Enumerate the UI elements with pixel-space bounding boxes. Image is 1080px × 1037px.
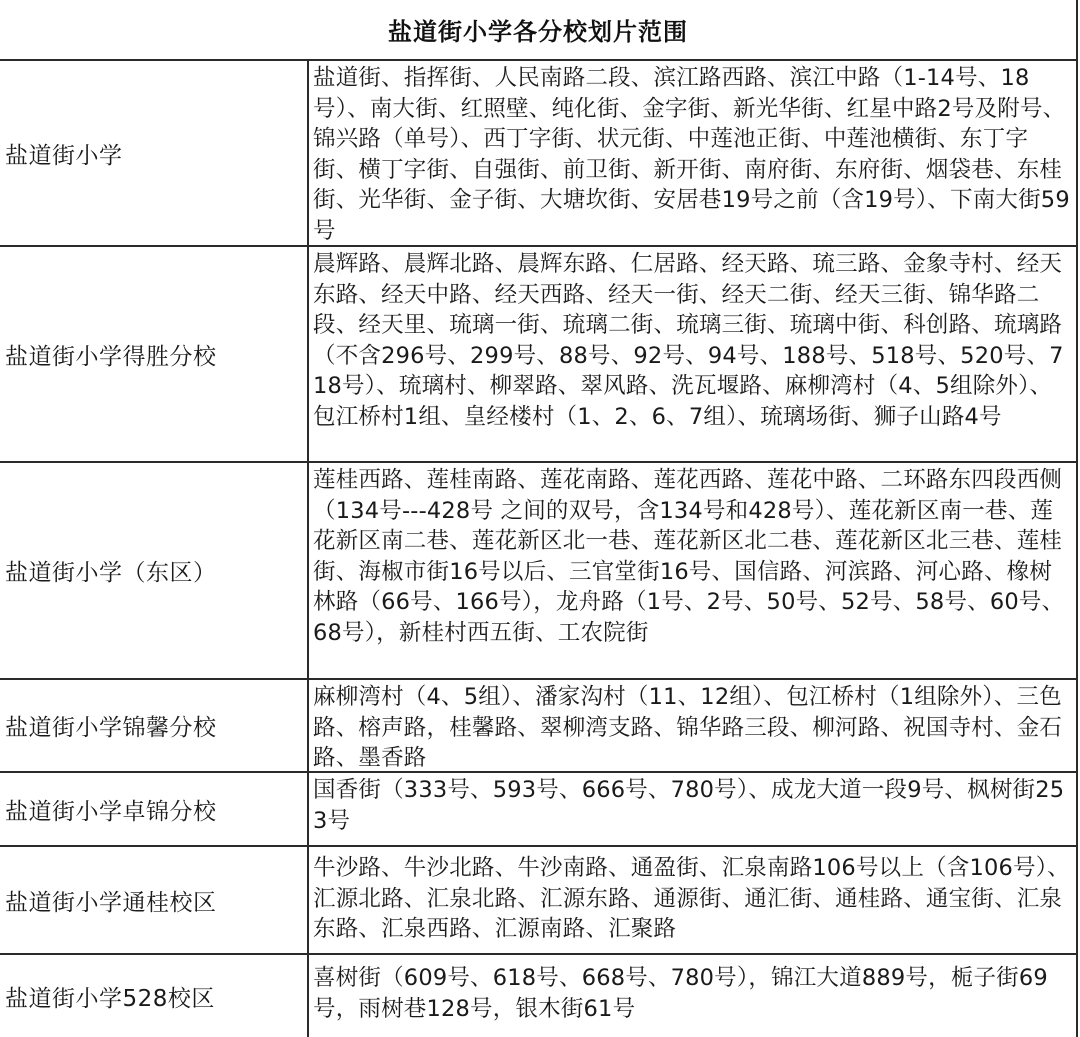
school-name-cell: 盐道街小学（东区） — [0, 463, 309, 678]
table-row: 盐道街小学得胜分校 晨辉路、晨辉北路、晨辉东路、仁居路、经天路、琉三路、金象寺村… — [0, 247, 1078, 463]
school-name-cell: 盐道街小学卓锦分校 — [0, 773, 309, 845]
table-row: 盐道街小学通桂校区 牛沙路、牛沙北路、牛沙南路、通盈街、汇泉南路106号以上（含… — [0, 847, 1078, 955]
table-row: 盐道街小学卓锦分校 国香街（333号、593号、666号、780号）、成龙大道一… — [0, 773, 1078, 847]
district-range-cell: 莲桂西路、莲桂南路、莲花南路、莲花西路、莲花中路、二环路东四段西侧（134号--… — [309, 463, 1076, 678]
school-name: 盐道街小学锦馨分校 — [5, 709, 217, 742]
table-title-row: 盐道街小学各分校划片范围 — [0, 0, 1078, 61]
school-district-table: 盐道街小学各分校划片范围 盐道街小学 盐道街、指挥街、人民南路二段、滨江路西路、… — [0, 0, 1080, 1037]
school-name-cell: 盐道街小学528校区 — [0, 955, 309, 1037]
district-range-cell: 牛沙路、牛沙北路、牛沙南路、通盈街、汇泉南路106号以上（含106号）、汇源北路… — [309, 847, 1076, 953]
district-range-cell: 喜树街（609号、618号、668号、780号），锦江大道889号，栀子街69号… — [309, 955, 1076, 1037]
table-row: 盐道街小学（东区） 莲桂西路、莲桂南路、莲花南路、莲花西路、莲花中路、二环路东四… — [0, 463, 1078, 680]
table-row: 盐道街小学锦馨分校 麻柳湾村（4、5组）、潘家沟村（11、12组）、包江桥村（1… — [0, 680, 1078, 773]
district-range-cell: 晨辉路、晨辉北路、晨辉东路、仁居路、经天路、琉三路、金象寺村、经天东路、经天中路… — [309, 247, 1076, 461]
school-name: 盐道街小学得胜分校 — [5, 338, 217, 371]
school-name-cell: 盐道街小学锦馨分校 — [0, 680, 309, 771]
school-name: 盐道街小学（东区） — [5, 554, 217, 587]
school-name-cell: 盐道街小学通桂校区 — [0, 847, 309, 953]
district-range-cell: 盐道街、指挥街、人民南路二段、滨江路西路、滨江中路（1-14号、18号）、南大街… — [309, 61, 1076, 245]
table-title: 盐道街小学各分校划片范围 — [388, 12, 688, 47]
school-name-cell: 盐道街小学得胜分校 — [0, 247, 309, 461]
school-name-cell: 盐道街小学 — [0, 61, 309, 245]
table-row: 盐道街小学 盐道街、指挥街、人民南路二段、滨江路西路、滨江中路（1-14号、18… — [0, 61, 1078, 247]
district-range-cell: 麻柳湾村（4、5组）、潘家沟村（11、12组）、包江桥村（1组除外）、三色路、榕… — [309, 680, 1076, 771]
school-name: 盐道街小学通桂校区 — [5, 884, 217, 917]
school-name: 盐道街小学卓锦分校 — [5, 793, 217, 826]
school-name: 盐道街小学 — [5, 137, 123, 170]
district-range-cell: 国香街（333号、593号、666号、780号）、成龙大道一段9号、枫树街253… — [309, 773, 1076, 845]
school-name: 盐道街小学528校区 — [5, 980, 215, 1013]
table-row: 盐道街小学528校区 喜树街（609号、618号、668号、780号），锦江大道… — [0, 955, 1078, 1037]
